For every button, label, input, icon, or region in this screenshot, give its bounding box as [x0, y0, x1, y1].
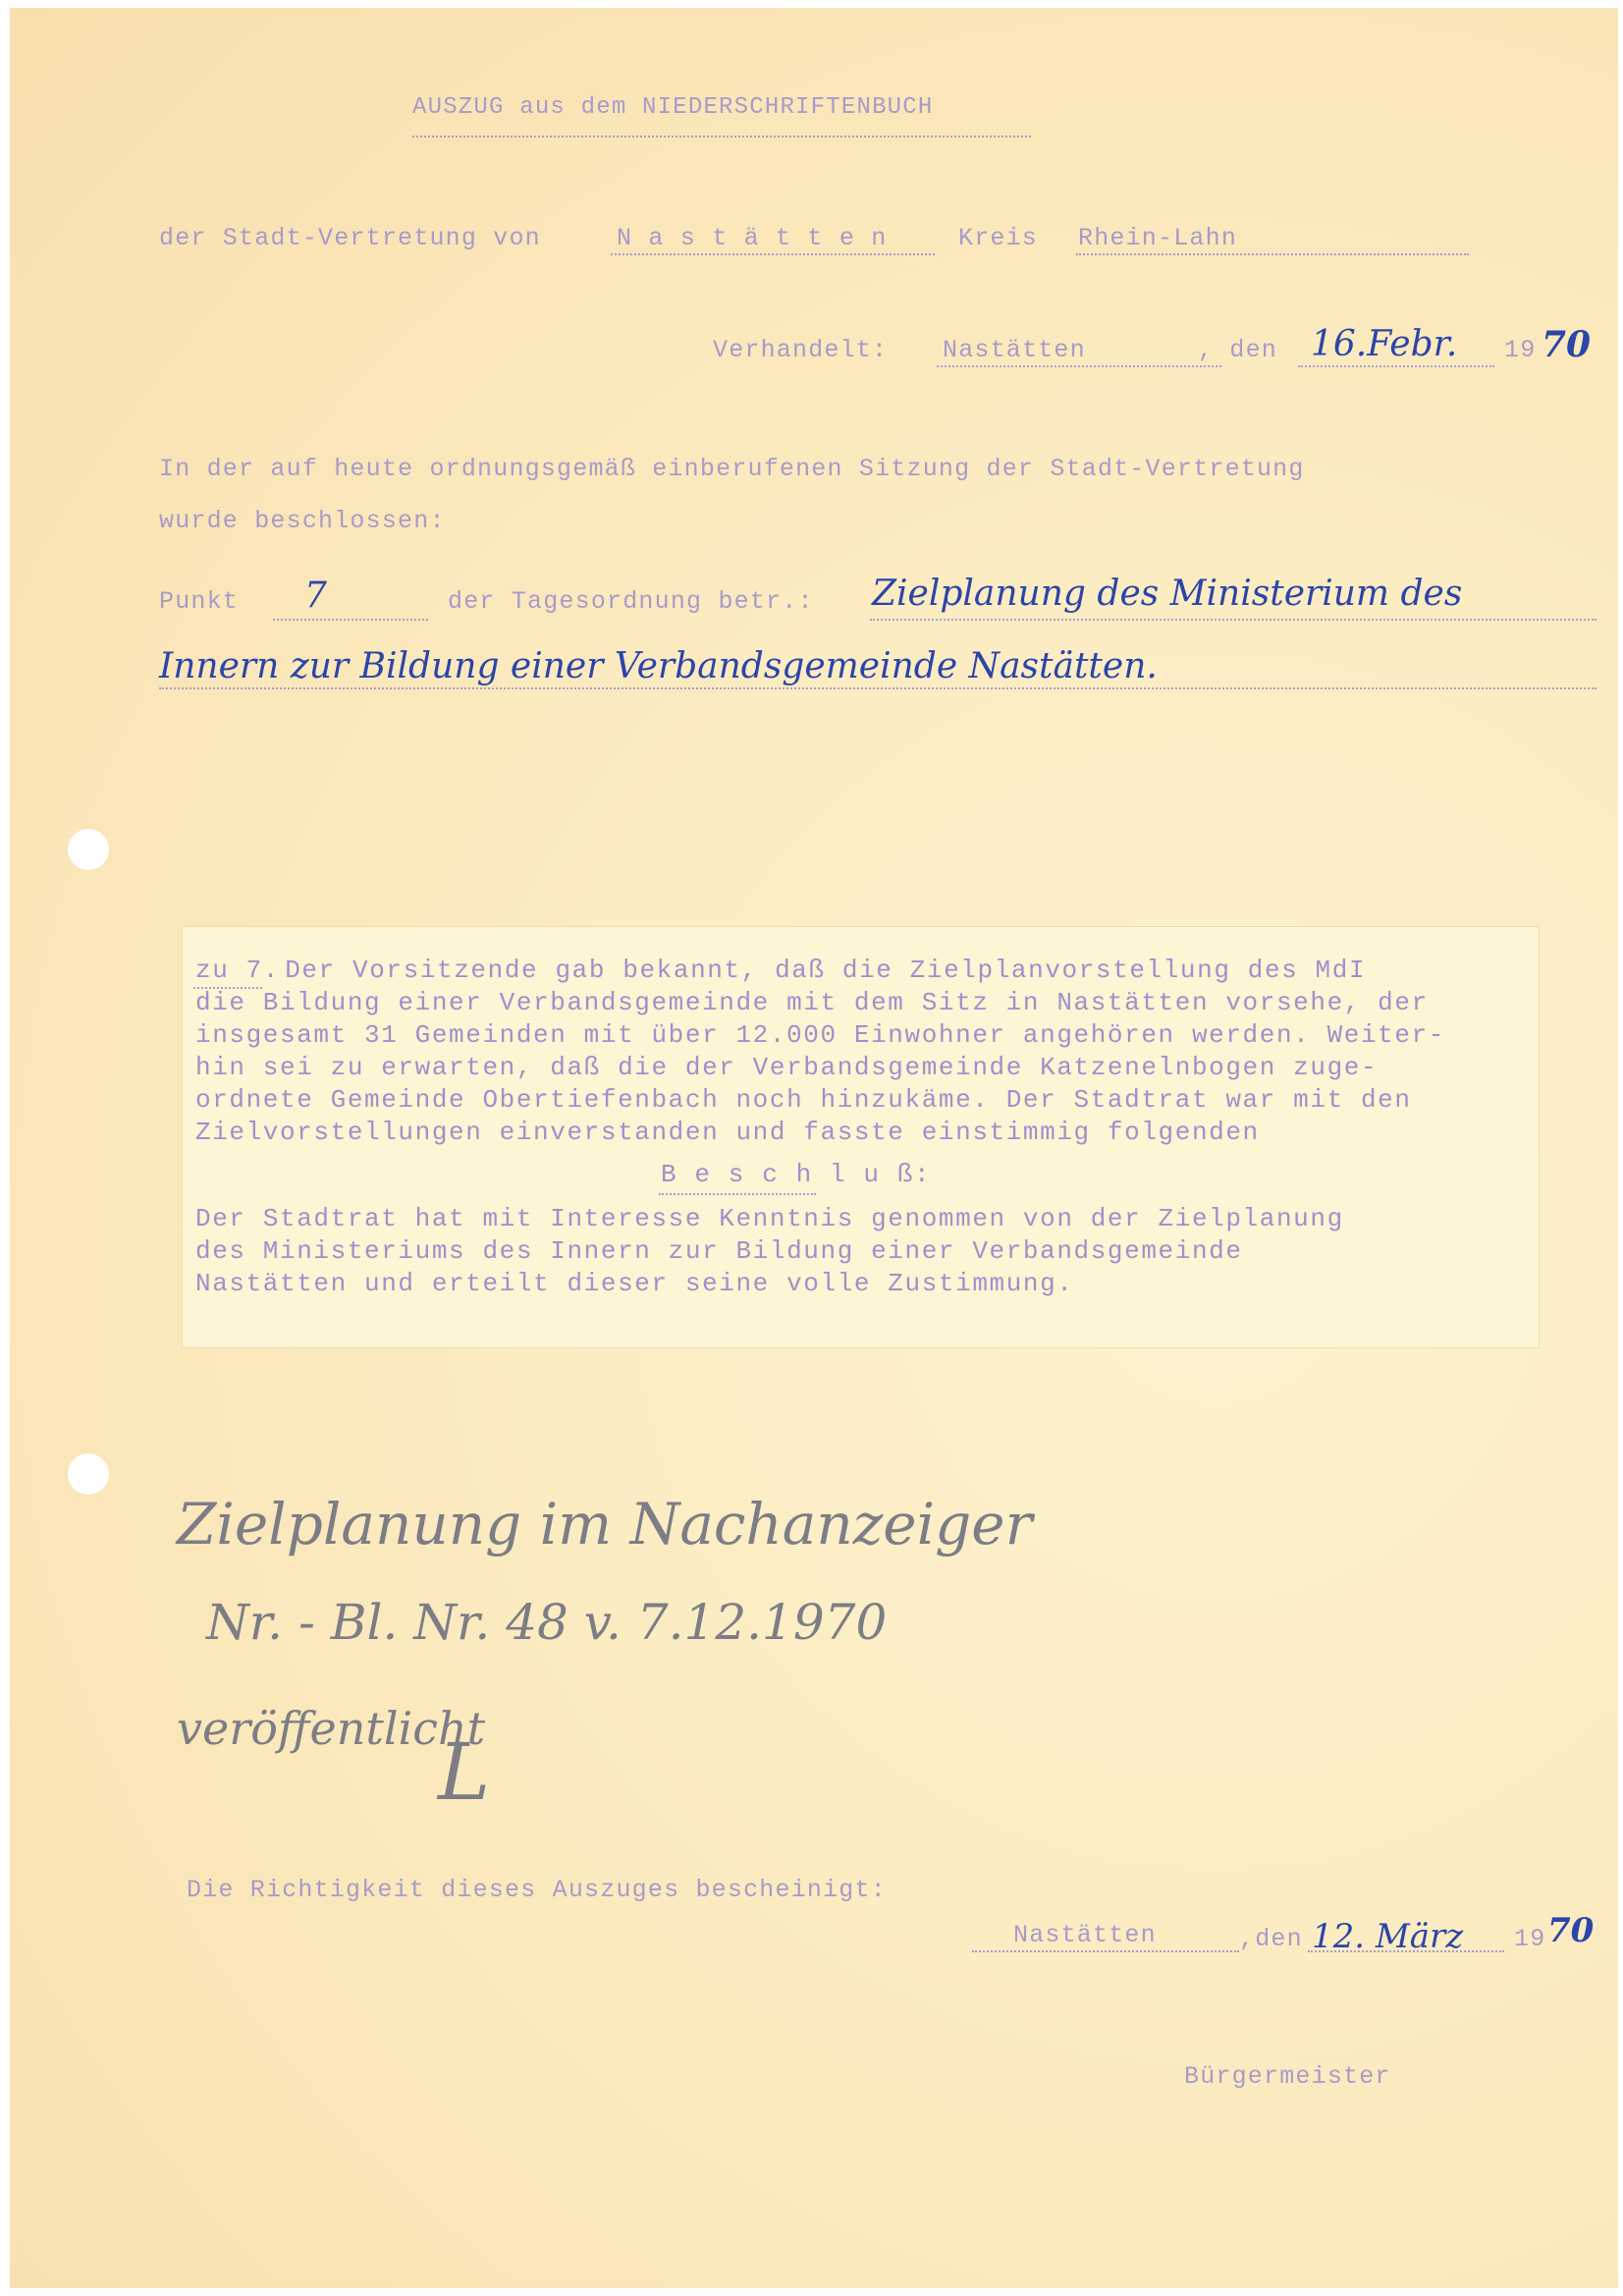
slip-paragraph-line-1: Der Vorsitzende gab bekannt, daß die Zie… — [268, 956, 1366, 985]
pencil-initial: L — [438, 1726, 490, 1818]
subject-underline-2 — [159, 687, 1596, 689]
negotiated-den-label: , den — [1198, 336, 1277, 364]
negotiated-year-handwritten: 70 — [1542, 324, 1591, 365]
kreis-value: Rhein-Lahn — [1078, 224, 1237, 252]
punch-hole-lower — [68, 1453, 109, 1495]
agenda-punkt-number: 7 — [304, 575, 327, 616]
slip-paragraph-line-5: ordnete Gemeinde Obertiefenbach noch hin… — [195, 1085, 1412, 1115]
negotiated-label: Verhandelt: — [713, 336, 888, 364]
slip-paragraph-line-6: Zielvorstellungen einverstanden und fass… — [195, 1118, 1260, 1147]
agenda-subject-line-1: Zielplanung des Ministerium des — [872, 574, 1462, 614]
certification-place-underline — [972, 1950, 1239, 1952]
kreis-underline — [1076, 253, 1469, 255]
decision-heading-underline — [659, 1193, 816, 1195]
decision-line-2: des Ministeriums des Innern zur Bildung … — [195, 1236, 1243, 1266]
certification-date-underline — [1308, 1950, 1504, 1952]
kreis-label: Kreis — [958, 224, 1038, 252]
negotiated-date: 16.Febr. — [1311, 324, 1457, 364]
town-underline — [611, 253, 935, 255]
slip-paragraph-line-4: hin sei zu erwarten, daß die der Verband… — [195, 1053, 1378, 1082]
punkt-underline — [273, 619, 428, 621]
negotiated-place: Nastätten — [943, 336, 1086, 364]
agenda-punkt-label: Punkt — [159, 587, 239, 616]
certification-year-handwritten: 70 — [1547, 1911, 1594, 1950]
certification-text: Die Richtigkeit dieses Auszuges beschein… — [187, 1876, 887, 1904]
pencil-note-line-2: Nr. - Bl. Nr. 48 v. 7.12.1970 — [206, 1594, 887, 1651]
punch-hole-upper — [68, 829, 109, 870]
date-underline — [1298, 365, 1494, 367]
council-prefix: der Stadt-Vertretung von — [159, 224, 541, 252]
certification-year-typed: 19 — [1514, 1925, 1545, 1953]
certification-den-label: ,den — [1239, 1925, 1303, 1953]
place-underline — [937, 365, 1221, 367]
intro-line-2: wurde beschlossen: — [159, 507, 446, 535]
subject-underline-1 — [870, 619, 1596, 621]
decision-line-1: Der Stadtrat hat mit Interesse Kenntnis … — [195, 1204, 1344, 1233]
document-title: AUSZUG aus dem NIEDERSCHRIFTENBUCH — [412, 94, 933, 121]
pencil-note-line-1: Zielplanung im Nachanzeiger — [177, 1491, 1032, 1558]
slip-paragraph-line-2: die Bildung einer Verbandsgemeinde mit d… — [195, 988, 1429, 1017]
document-page: AUSZUG aus dem NIEDERSCHRIFTENBUCH der S… — [10, 8, 1618, 2288]
agenda-betr-label: der Tagesordnung betr.: — [448, 587, 814, 616]
title-underline — [412, 136, 1031, 137]
decision-heading: B e s c h l u ß: — [661, 1160, 931, 1189]
pasted-resolution-slip: zu 7. Der Vorsitzende gab bekannt, daß d… — [182, 926, 1540, 1348]
agenda-subject-line-2: Innern zur Bildung einer Verbandsgemeind… — [159, 646, 1158, 686]
decision-line-3: Nastätten und erteilt dieser seine volle… — [195, 1269, 1074, 1298]
certification-place: Nastätten — [1013, 1921, 1157, 1949]
intro-line-1: In der auf heute ordnungsgemäß einberufe… — [159, 455, 1305, 483]
signatory-title: Bürgermeister — [1184, 2062, 1391, 2091]
negotiated-year-typed: 19 — [1504, 336, 1536, 364]
slip-paragraph-line-3: insgesamt 31 Gemeinden mit über 12.000 E… — [195, 1020, 1445, 1050]
council-town: N a s t ä t t e n — [617, 224, 887, 252]
